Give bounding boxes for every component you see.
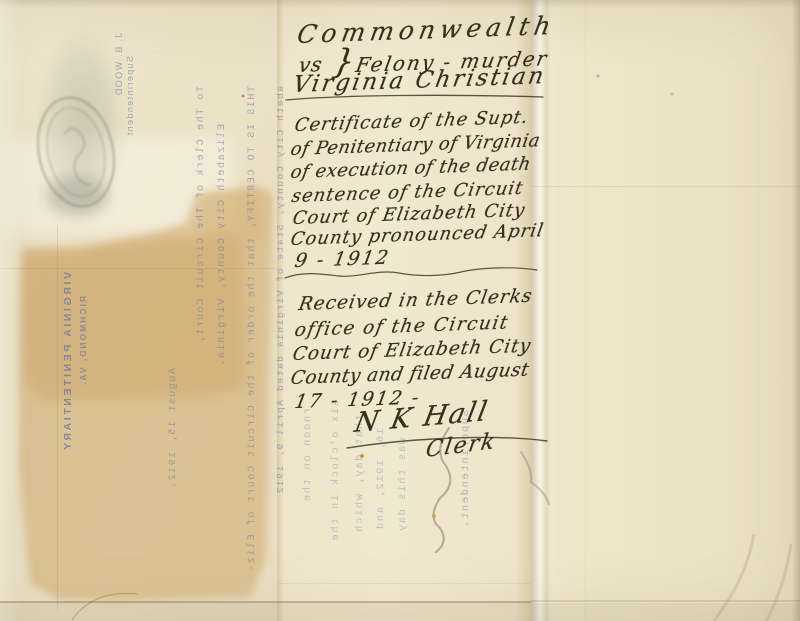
paper-left-edge: [0, 0, 20, 621]
superintendent-title-bleedthrough: Superintendent: [125, 56, 135, 137]
typed-fragment-bleedthrough: was this day: [397, 438, 409, 533]
vertical-crease-left: [57, 225, 58, 610]
letterhead-place-bleedthrough: RICHMOND, VA.: [78, 296, 88, 387]
address-line1-bleedthrough: To The Clerk of The Circuit Court,: [196, 86, 207, 344]
horizontal-crease-right: [531, 186, 800, 187]
horizontal-crease-strip: [278, 583, 531, 584]
fold-crease-band: [531, 0, 551, 621]
typed-fragment-bleedthrough: rnoon on the: [302, 408, 314, 503]
horizontal-crease-left: [0, 268, 277, 269]
vertical-crease-right: [585, 0, 586, 621]
letter-date-bleedthrough: August 15, 1912.: [168, 368, 179, 490]
paper-right-panel: [531, 0, 800, 621]
address-line2-bleedthrough: Elizabeth City County, Virginia.: [217, 124, 228, 367]
paper-bottom-band: [0, 603, 800, 621]
paper-bottom-edge: [531, 600, 800, 602]
certificate-note-line: 9 - 1912: [293, 247, 392, 272]
superintendent-name-bleedthrough: J. B. WOOD: [114, 33, 124, 97]
certify-line1-bleedthrough: THIS IS TO CERTIFY, that the order of th…: [247, 86, 258, 572]
scanned-document: J. B. WOOD Superintendent VIRGINIA PENIT…: [0, 0, 800, 621]
paper-right-edge: [792, 0, 800, 621]
certify-line2-bleedthrough: abeth City County, State of Virginia dat…: [275, 86, 286, 495]
letterhead-org-bleedthrough: VIRGINIA PENITENTIARY: [62, 272, 74, 452]
typed-fragment-bleedthrough: six o'clock in the: [330, 400, 342, 542]
typed-fragment-bleedthrough: 16, 1912, and: [375, 428, 387, 531]
embossed-seal-icon: [28, 82, 124, 222]
paper-top-edge: [0, 0, 800, 8]
